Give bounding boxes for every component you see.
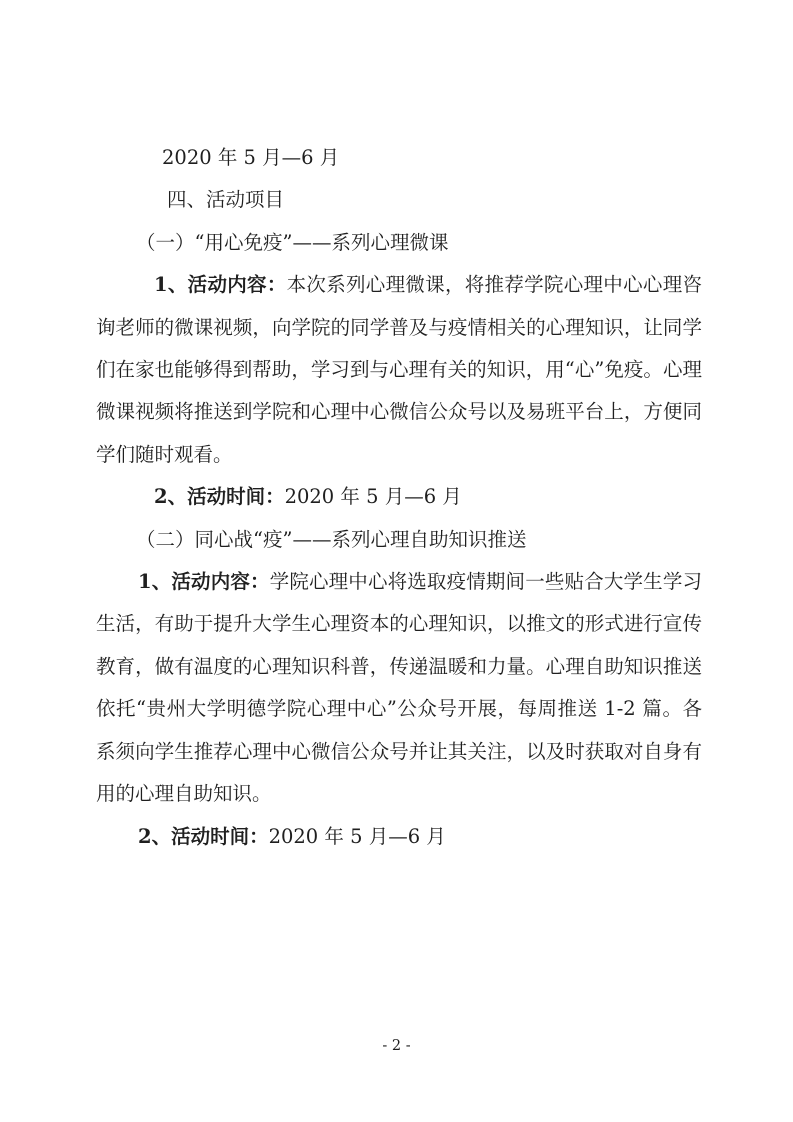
page-number: - 2 -	[0, 1036, 793, 1056]
block2-time-label: 2、活动时间：	[138, 825, 269, 848]
document-page: 2020 年 5 月—6 月 四、活动项目 （一）“用心免疫”——系列心理微课 …	[0, 0, 793, 1122]
block2-time-text: 2020 年 5 月—6 月	[269, 825, 446, 848]
block1-time-paragraph: 2、活动时间：2020 年 5 月—6 月	[96, 476, 702, 518]
block2-content-text: 学院心理中心将选取疫情期间一些贴合大学生学习生活，有助于提升大学生心理资本的心理…	[96, 570, 702, 805]
block2-heading: （二）同心战“疫”——系列心理自助知识推送	[96, 519, 702, 561]
block2-content-paragraph: 1、活动内容：学院心理中心将选取疫情期间一些贴合大学生学习生活，有助于提升大学生…	[96, 561, 702, 815]
block1-time-label: 2、活动时间：	[154, 485, 285, 508]
date-line: 2020 年 5 月—6 月	[96, 137, 702, 179]
section-heading-activities: 四、活动项目	[96, 179, 702, 221]
block1-content-text: 本次系列心理微课，将推荐学院心理中心心理咨询老师的微课视频，向学院的同学普及与疫…	[96, 273, 702, 466]
block1-content-paragraph: 1、活动内容：本次系列心理微课，将推荐学院心理中心心理咨询老师的微课视频，向学院…	[96, 264, 702, 476]
block2-time-paragraph: 2、活动时间：2020 年 5 月—6 月	[96, 816, 702, 858]
block2-content-label: 1、活动内容：	[138, 570, 270, 593]
document-content: 2020 年 5 月—6 月 四、活动项目 （一）“用心免疫”——系列心理微课 …	[96, 137, 702, 858]
block1-content-label: 1、活动内容：	[154, 273, 287, 296]
block1-heading: （一）“用心免疫”——系列心理微课	[96, 222, 702, 264]
block1-time-text: 2020 年 5 月—6 月	[285, 485, 462, 508]
